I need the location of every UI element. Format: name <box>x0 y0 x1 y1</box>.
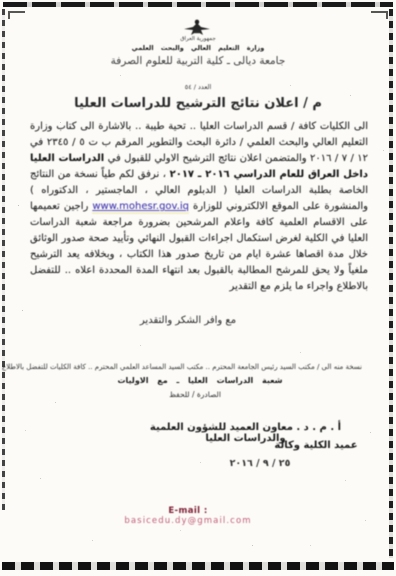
email-label: E-mail : <box>168 506 207 516</box>
org-university-line: جامعة ديالى ـ كلية التربية للعلوم الصرفة <box>0 55 396 67</box>
ref-number: العدد / ٥٤ <box>0 83 396 91</box>
letter-content: جمهورية العراق وزارة التعليم العالي والب… <box>0 0 396 576</box>
subject-title: م / اعلان نتائج الترشيح للدراسات العليا <box>0 96 396 111</box>
footer-email-line: E-mail : basicedu.dy@gmail.com <box>106 506 270 526</box>
scan-noise <box>0 0 1 1</box>
cc-line: نسخة منه الى / مكتب السيد رئيس الجامعة ا… <box>32 363 362 371</box>
body-paragraph: الى الكليات كافة / قسم الدراسات العليا .… <box>30 119 368 296</box>
org-country-line: جمهورية العراق <box>0 36 396 42</box>
org-ministry-line: وزارة التعليم العالي والبحث العلمي <box>0 44 396 52</box>
cc-distribution-line: شعبة الدراسات العليا ـ مع الاوليات <box>108 376 292 385</box>
paragraph-text-segment: راجين تعميمها على الاقسام العلمية كافة و… <box>30 201 368 292</box>
closing-courtesy-line: مع وافر الشكر والتقدير <box>118 315 258 326</box>
scanned-letter-page: جمهورية العراق وزارة التعليم العالي والب… <box>0 0 396 576</box>
cc-file-line: الصادرة / للحفظ <box>138 390 252 399</box>
embedded-website-link[interactable]: www.mohesr.gov.iq <box>92 201 189 212</box>
signatory-title: عميد الكلية وكالة <box>266 440 366 451</box>
signature-date: ٢٥ / ٩ / ٢٠١٦ <box>206 458 314 469</box>
email-address: basicedu.dy@gmail.com <box>124 516 251 526</box>
